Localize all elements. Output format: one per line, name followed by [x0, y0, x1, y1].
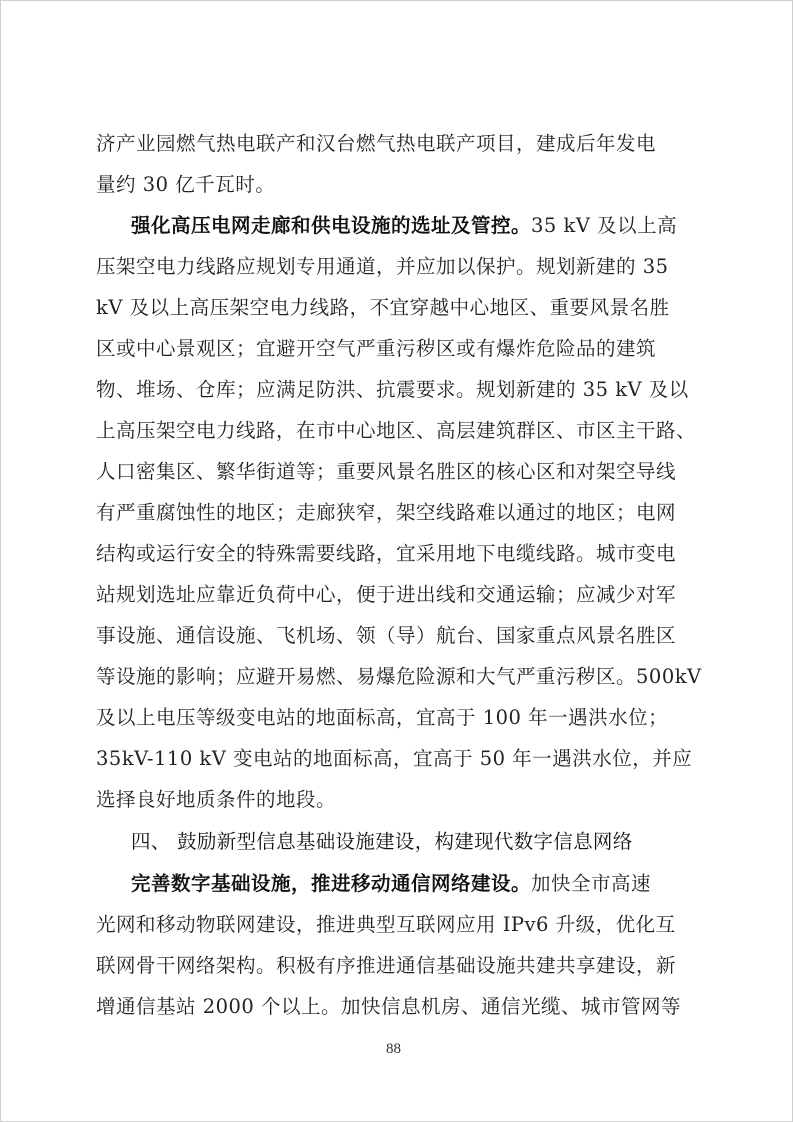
- page-number: 88: [386, 1041, 401, 1058]
- text-line: 及以上电压等级变电站的地面标高，宜高于 100 年一遇洪水位；: [96, 705, 701, 731]
- text-line: 站规划选址应靠近负荷中心，便于进出线和交通运输；应减少对军: [96, 582, 701, 608]
- text-line: 人口密集区、繁华街道等；重要风景名胜区的核心区和对架空导线: [96, 459, 701, 485]
- section-heading: 四、 鼓励新型信息基础设施建设，构建现代数字信息网络: [131, 829, 633, 855]
- text-line: 35 kV 及以上高: [531, 214, 677, 237]
- text-line: 量约 30 亿千瓦时。: [96, 172, 701, 198]
- paragraph-lead-line: 强化高压电网走廊和供电设施的选址及管控。35 kV 及以上高: [131, 213, 701, 239]
- text-line: 结构或运行安全的特殊需要线路，宜采用地下电缆线路。城市变电: [96, 541, 701, 567]
- text-line: 联网骨干网络架构。积极有序推进通信基础设施共建共享建设，新: [96, 953, 701, 979]
- text-line: 区或中心景观区；宜避开空气严重污秽区或有爆炸危险品的建筑: [96, 336, 701, 362]
- bold-lead-sentence: 完善数字基础设施，推进移动通信网络建设。: [131, 872, 531, 895]
- text-line: 济产业园燃气热电联产和汉台燃气热电联产项目，建成后年发电: [96, 131, 701, 157]
- text-line: 加快全市高速: [531, 872, 651, 895]
- text-line: 事设施、通信设施、飞机场、领（导）航台、国家重点风景名胜区: [96, 623, 701, 649]
- text-line: 选择良好地质条件的地段。: [96, 787, 701, 813]
- text-line: 物、堆场、仓库；应满足防洪、抗震要求。规划新建的 35 kV 及以: [96, 377, 701, 403]
- text-line: 35kV-110 kV 变电站的地面标高，宜高于 50 年一遇洪水位，并应: [96, 746, 701, 772]
- text-line: 压架空电力线路应规划专用通道，并应加以保护。规划新建的 35: [96, 254, 701, 280]
- text-line: 光网和移动物联网建设，推进典型互联网应用 IPv6 升级，优化互: [96, 912, 701, 938]
- text-line: 等设施的影响；应避开易燃、易爆危险源和大气严重污秽区。500kV: [96, 664, 701, 690]
- document-page: 济产业园燃气热电联产和汉台燃气热电联产项目，建成后年发电 量约 30 亿千瓦时。…: [0, 0, 793, 1122]
- paragraph-lead-line: 完善数字基础设施，推进移动通信网络建设。加快全市高速: [131, 871, 701, 897]
- text-line: 上高压架空电力线路，在市中心地区、高层建筑群区、市区主干路、: [96, 418, 701, 444]
- bold-lead-sentence: 强化高压电网走廊和供电设施的选址及管控。: [131, 214, 531, 237]
- text-line: kV 及以上高压架空电力线路，不宜穿越中心地区、重要风景名胜: [96, 295, 701, 321]
- text-line: 有严重腐蚀性的地区；走廊狭窄，架空线路难以通过的地区；电网: [96, 500, 701, 526]
- text-line: 增通信基站 2000 个以上。加快信息机房、通信光缆、城市管网等: [96, 994, 701, 1020]
